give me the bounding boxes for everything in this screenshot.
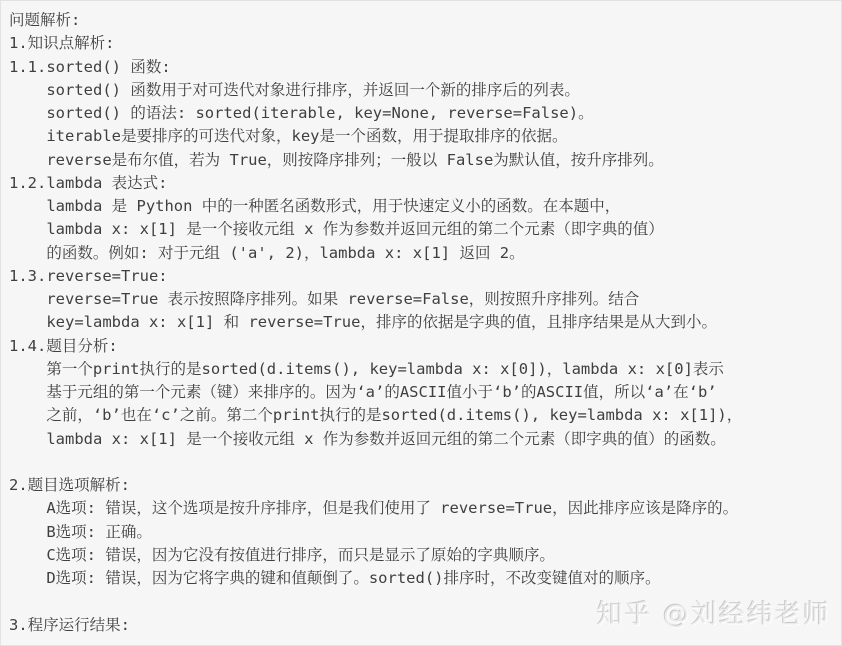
doc-line: 1.知识点解析: xyxy=(9,32,841,55)
zhihu-watermark: 知乎 @刘经纬老师 xyxy=(597,594,831,631)
doc-line: 2.题目选项解析: xyxy=(9,474,841,497)
doc-line: 基于元组的第一个元素（键）来排序的。因为‘a’的ASCII值小于‘b’的ASCI… xyxy=(9,381,841,404)
answer-explanation-page: 问题解析: 1.知识点解析: 1.1.sorted() 函数: sorted()… xyxy=(0,0,842,646)
doc-line-blank xyxy=(9,451,841,474)
doc-line: 1.1.sorted() 函数: xyxy=(9,56,841,79)
doc-line: C选项: 错误，因为它没有按值进行排序，而只是显示了原始的字典顺序。 xyxy=(9,544,841,567)
explanation-text-block: 问题解析: 1.知识点解析: 1.1.sorted() 函数: sorted()… xyxy=(9,9,841,637)
doc-line: reverse是布尔值，若为 True，则按降序排列；一般以 False为默认值… xyxy=(9,149,841,172)
doc-line: B选项: 正确。 xyxy=(9,521,841,544)
doc-line: sorted() 函数用于对可迭代对象进行排序，并返回一个新的排序后的列表。 xyxy=(9,79,841,102)
doc-line: lambda x: x[1] 是一个接收元组 x 作为参数并返回元组的第二个元素… xyxy=(9,218,841,241)
doc-line: D选项: 错误，因为它将字典的键和值颠倒了。sorted()排序时，不改变键值对… xyxy=(9,567,841,590)
doc-line: 之前，‘b’也在‘c’之前。第二个print执行的是sorted(d.items… xyxy=(9,404,841,427)
doc-line: lambda x: x[1] 是一个接收元组 x 作为参数并返回元组的第二个元素… xyxy=(9,428,841,451)
doc-line: A选项: 错误，这个选项是按升序排序，但是我们使用了 reverse=True，… xyxy=(9,497,841,520)
doc-line: 第一个print执行的是sorted(d.items(), key=lambda… xyxy=(9,358,841,381)
doc-line: iterable是要排序的可迭代对象，key是一个函数，用于提取排序的依据。 xyxy=(9,125,841,148)
doc-line: 1.3.reverse=True: xyxy=(9,265,841,288)
doc-line: sorted() 的语法: sorted(iterable, key=None,… xyxy=(9,102,841,125)
doc-line: lambda 是 Python 中的一种匿名函数形式，用于快速定义小的函数。在本… xyxy=(9,195,841,218)
doc-line: 1.2.lambda 表达式: xyxy=(9,172,841,195)
doc-line: key=lambda x: x[1] 和 reverse=True，排序的依据是… xyxy=(9,311,841,334)
doc-line: reverse=True 表示按照降序排列。如果 reverse=False，则… xyxy=(9,288,841,311)
doc-line: 的函数。例如: 对于元组 ('a', 2)，lambda x: x[1] 返回 … xyxy=(9,242,841,265)
doc-line: 1.4.题目分析: xyxy=(9,335,841,358)
doc-line: 问题解析: xyxy=(9,9,841,32)
